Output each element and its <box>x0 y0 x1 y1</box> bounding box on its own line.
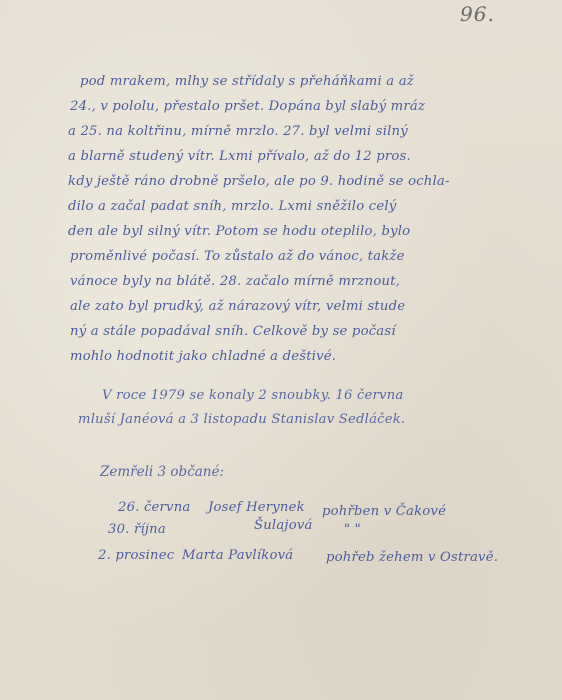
death-note: " " <box>344 522 361 537</box>
births-line-2: mluší Janéová a 3 listopadu Stanislav Se… <box>78 412 405 427</box>
death-name: Marta Pavlíková <box>182 548 293 563</box>
weather-line-3: a 25. na koltřinu, mírně mrzlo. 27. byl … <box>68 124 408 139</box>
weather-line-10: ale zato byl prudký, až nárazový vítr, v… <box>70 299 405 314</box>
weather-line-11: ný a stále popadával sníh. Celkově by se… <box>70 324 396 339</box>
weather-line-2: 24., v pololu, přestalo pršet. Dopána by… <box>70 99 425 114</box>
death-name: Josef Herynek <box>208 500 305 515</box>
weather-line-5: kdy ještě ráno drobně pršelo, ale po 9. … <box>68 174 450 189</box>
weather-line-6: dilo a začal padat sníh, mrzlo. Lxmi sně… <box>68 199 396 214</box>
page-number: 96. <box>460 2 495 26</box>
death-note: pohřeb žehem v Ostravě. <box>326 550 498 565</box>
death-date: 30. října <box>108 522 166 537</box>
weather-line-8: proměnlivé počasí. To zůstalo až do váno… <box>70 249 405 264</box>
death-note: pohřben v Čakové <box>322 504 446 519</box>
death-date: 26. června <box>118 500 190 515</box>
births-line-1: V roce 1979 se konaly 2 snoubky. 16 červ… <box>102 388 403 403</box>
weather-line-7: den ale byl silný vítr. Potom se hodu ot… <box>68 224 410 239</box>
weather-line-1: pod mrakem, mlhy se střídaly s přeháňkam… <box>80 74 414 89</box>
deaths-title: Zemřeli 3 občané: <box>100 464 224 480</box>
death-name: Šulajová <box>254 518 313 533</box>
handwritten-chronicle-page: 96. pod mrakem, mlhy se střídaly s přehá… <box>0 0 562 700</box>
weather-line-12: mohlo hodnotit jako chladné a deštivé. <box>70 349 336 364</box>
death-date: 2. prosinec <box>98 548 174 563</box>
weather-line-4: a blarně studený vítr. Lxmi přívalo, až … <box>68 149 411 164</box>
weather-line-9: vánoce byly na blátě. 28. začalo mírně m… <box>70 274 400 289</box>
